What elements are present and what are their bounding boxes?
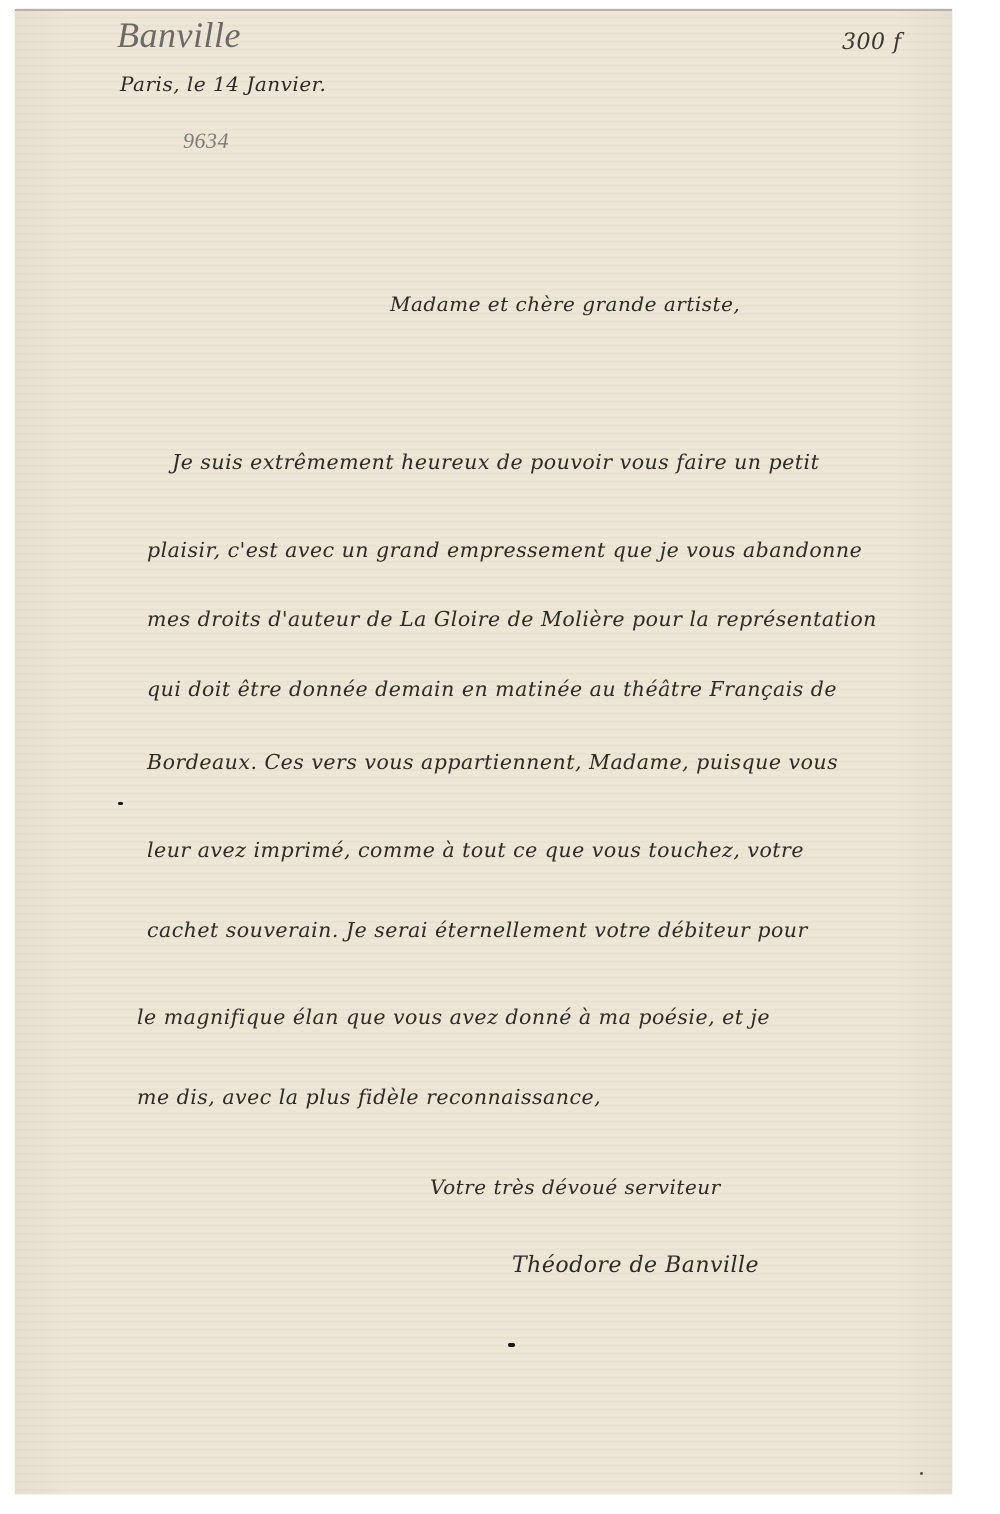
signature: Théodore de Banville	[512, 1253, 759, 1278]
inventory-number: 9634	[183, 128, 229, 154]
body-line: Je suis extrêmement heureux de pouvoir v…	[172, 450, 819, 474]
closing: Votre très dévoué serviteur	[430, 1175, 721, 1199]
body-line: le magnifique élan que vous avez donné à…	[137, 1005, 770, 1029]
body-line: mes droits d'auteur de La Gloire de Moli…	[147, 607, 877, 631]
body-line: plaisir, c'est avec un grand empressemen…	[147, 538, 862, 562]
body-line: me dis, avec la plus fidèle reconnaissan…	[137, 1085, 601, 1109]
body-line: cachet souverain. Je serai éternellement…	[147, 918, 808, 942]
collector-name-annotation: Banville	[117, 14, 241, 56]
price-annotation: 300 f	[842, 30, 902, 55]
ink-speck	[508, 1343, 515, 1347]
body-line: qui doit être donnée demain en matinée a…	[147, 677, 837, 701]
salutation: Madame et chère grande artiste,	[390, 292, 740, 316]
body-line: leur avez imprimé, comme à tout ce que v…	[147, 838, 804, 862]
dateline: Paris, le 14 Janvier.	[120, 72, 326, 96]
ink-speck	[920, 1472, 923, 1475]
ink-speck	[118, 802, 123, 805]
body-line: Bordeaux. Ces vers vous appartiennent, M…	[147, 750, 838, 774]
